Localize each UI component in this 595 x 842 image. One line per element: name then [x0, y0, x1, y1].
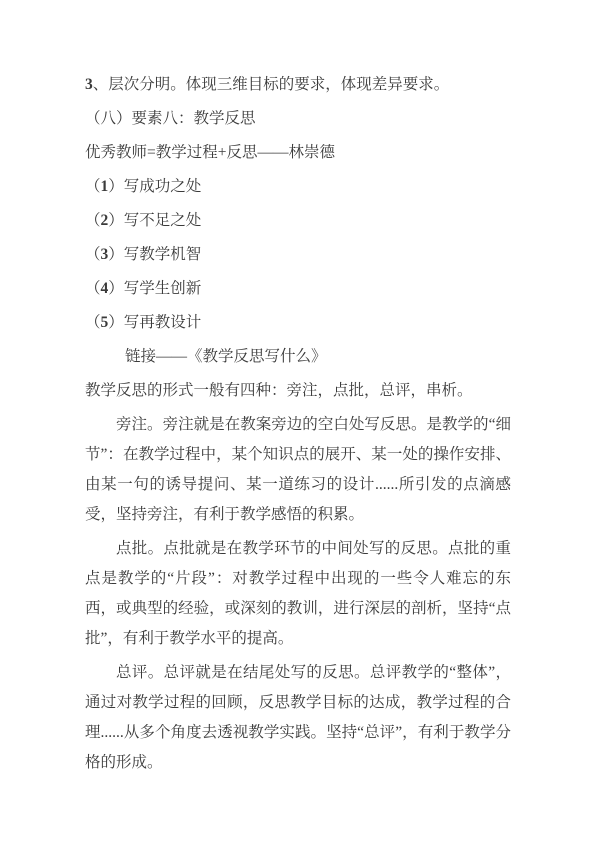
list-item-5: （5）写再教设计: [85, 308, 511, 338]
list-item-1: （1）写成功之处: [85, 172, 511, 202]
list-item-1-paren-open: （: [85, 178, 101, 195]
list-item-4-label: 写学生创新: [124, 280, 202, 297]
list-item-4-paren-open: （: [85, 280, 101, 297]
list-item-3-label: 写教学机智: [124, 246, 202, 263]
list-item-4-paren-close: ）: [108, 280, 124, 297]
list-item-2-paren-open: （: [85, 212, 101, 229]
list-item-3-paren-close: ）: [108, 246, 124, 263]
list-item-5-paren-close: ）: [108, 314, 124, 331]
numbered-point-3: 3、层次分明。体现三维目标的要求，体现差异要求。: [85, 70, 511, 100]
list-item-3: （3）写教学机智: [85, 240, 511, 270]
list-item-2-paren-close: ）: [108, 212, 124, 229]
link-line: 链接——《教学反思写什么》: [85, 342, 511, 372]
forms-intro-line: 教学反思的形式一般有四种：旁注，点批，总评，串析。: [85, 376, 511, 406]
document-page: 3、层次分明。体现三维目标的要求，体现差异要求。 （八）要素八：教学反思 优秀教…: [0, 0, 595, 842]
list-item-2: （2）写不足之处: [85, 206, 511, 236]
list-item-4: （4）写学生创新: [85, 274, 511, 304]
list-item-5-paren-open: （: [85, 314, 101, 331]
list-item-3-paren-open: （: [85, 246, 101, 263]
paragraph-zongping: 总评。总评就是在结尾处写的反思。总评教学的“整体”，通过对教学过程的回顾，反思教…: [85, 658, 511, 778]
list-item-2-label: 写不足之处: [124, 212, 202, 229]
paragraph-pangzhu: 旁注。旁注就是在教案旁边的空白处写反思。是教学的“细节”：在教学过程中，某个知识…: [85, 410, 511, 530]
paragraph-dianpi: 点批。点批就是在教学环节的中间处写的反思。点批的重点是教学的“片段”：对教学过程…: [85, 534, 511, 654]
point-3-text: 、层次分明。体现三维目标的要求，体现差异要求。: [93, 76, 450, 93]
section-heading: （八）要素八：教学反思: [85, 104, 511, 134]
list-item-5-label: 写再教设计: [124, 314, 202, 331]
list-item-1-paren-close: ）: [108, 178, 124, 195]
motto-line: 优秀教师=教学过程+反思——林崇德: [85, 138, 511, 168]
point-3-number: 3: [85, 76, 93, 93]
list-item-1-label: 写成功之处: [124, 178, 202, 195]
